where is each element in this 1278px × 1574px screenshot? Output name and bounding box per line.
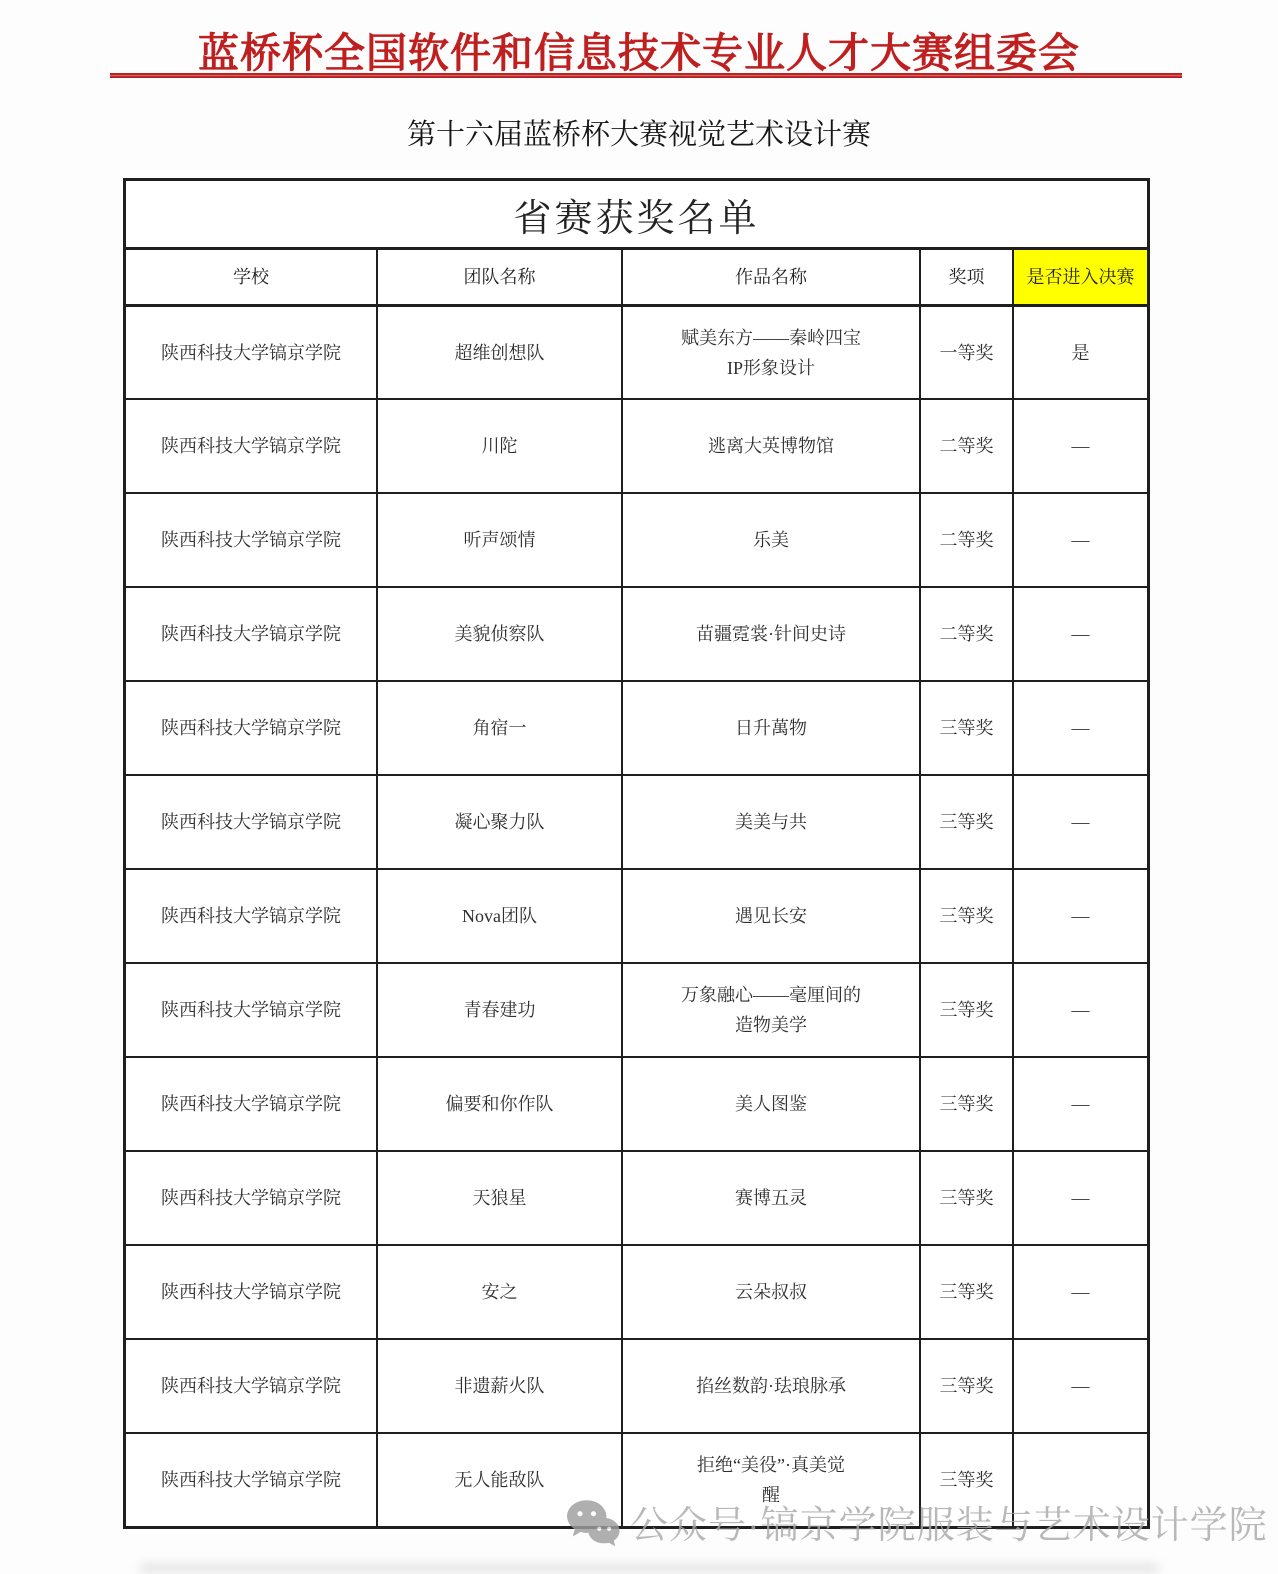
- cell-school: 陕西科技大学镐京学院: [126, 1246, 376, 1338]
- cell-work: 遇见长安: [621, 870, 919, 962]
- cell-work: 乐美: [621, 494, 919, 586]
- cell-school: 陕西科技大学镐京学院: [126, 494, 376, 586]
- cell-team: 超维创想队: [376, 307, 621, 398]
- cell-work: 日升萬物: [621, 682, 919, 774]
- cell-team: 听声颂情: [376, 494, 621, 586]
- cell-team: Nova团队: [376, 870, 621, 962]
- cell-finals: —: [1012, 588, 1147, 680]
- column-header-team: 团队名称: [376, 250, 621, 304]
- column-header-award: 奖项: [919, 250, 1012, 304]
- cell-award: 一等奖: [919, 307, 1012, 398]
- cell-award: 三等奖: [919, 1246, 1012, 1338]
- cell-finals: —: [1012, 682, 1147, 774]
- table-row: 陕西科技大学镐京学院 安之 云朵叔叔 三等奖 —: [126, 1244, 1147, 1338]
- cell-school: 陕西科技大学镐京学院: [126, 588, 376, 680]
- cell-work: 美美与共: [621, 776, 919, 868]
- cell-finals: —: [1012, 1246, 1147, 1338]
- cell-award: 三等奖: [919, 964, 1012, 1056]
- cell-team: 角宿一: [376, 682, 621, 774]
- cell-award: 三等奖: [919, 870, 1012, 962]
- table-title: 省赛获奖名单: [126, 181, 1147, 250]
- cell-finals: [1012, 1434, 1147, 1526]
- table-body: 陕西科技大学镐京学院 超维创想队 赋美东方——秦岭四宝 IP形象设计 一等奖 是…: [126, 304, 1147, 1526]
- cell-finals: —: [1012, 870, 1147, 962]
- page-bottom-shadow: [140, 1564, 1158, 1572]
- cell-award: 二等奖: [919, 400, 1012, 492]
- competition-subtitle: 第十六届蓝桥杯大赛视觉艺术设计赛: [0, 112, 1278, 153]
- cell-school: 陕西科技大学镐京学院: [126, 307, 376, 398]
- table-row: 陕西科技大学镐京学院 偏要和你作队 美人图鉴 三等奖 —: [126, 1056, 1147, 1150]
- cell-school: 陕西科技大学镐京学院: [126, 1058, 376, 1150]
- cell-work: 逃离大英博物馆: [621, 400, 919, 492]
- document-page: 蓝桥杯全国软件和信息技术专业人才大赛组委会 第十六届蓝桥杯大赛视觉艺术设计赛 省…: [0, 0, 1278, 1574]
- cell-work: 拒绝“美役”·真美觉 醒: [621, 1434, 919, 1526]
- cell-finals: —: [1012, 776, 1147, 868]
- cell-work: 赛博五灵: [621, 1152, 919, 1244]
- cell-work: 苗疆霓裳·针间史诗: [621, 588, 919, 680]
- cell-school: 陕西科技大学镐京学院: [126, 1152, 376, 1244]
- cell-work: 赋美东方——秦岭四宝 IP形象设计: [621, 307, 919, 398]
- cell-team: 偏要和你作队: [376, 1058, 621, 1150]
- cell-finals: —: [1012, 964, 1147, 1056]
- cell-work: 掐丝数韵·珐琅脉承: [621, 1340, 919, 1432]
- cell-team: 美貌侦察队: [376, 588, 621, 680]
- table-row: 陕西科技大学镐京学院 听声颂情 乐美 二等奖 —: [126, 492, 1147, 586]
- cell-school: 陕西科技大学镐京学院: [126, 776, 376, 868]
- award-table: 省赛获奖名单 学校 团队名称 作品名称 奖项 是否进入决赛 陕西科技大学镐京学院…: [123, 178, 1150, 1529]
- cell-team: 青春建功: [376, 964, 621, 1056]
- cell-award: 二等奖: [919, 494, 1012, 586]
- org-title: 蓝桥杯全国软件和信息技术专业人才大赛组委会: [0, 20, 1278, 79]
- table-row: 陕西科技大学镐京学院 Nova团队 遇见长安 三等奖 —: [126, 868, 1147, 962]
- cell-school: 陕西科技大学镐京学院: [126, 964, 376, 1056]
- table-row: 陕西科技大学镐京学院 超维创想队 赋美东方——秦岭四宝 IP形象设计 一等奖 是: [126, 304, 1147, 398]
- table-row: 陕西科技大学镐京学院 美貌侦察队 苗疆霓裳·针间史诗 二等奖 —: [126, 586, 1147, 680]
- cell-award: 三等奖: [919, 1340, 1012, 1432]
- cell-school: 陕西科技大学镐京学院: [126, 400, 376, 492]
- table-row: 陕西科技大学镐京学院 川陀 逃离大英博物馆 二等奖 —: [126, 398, 1147, 492]
- cell-work: 云朵叔叔: [621, 1246, 919, 1338]
- cell-school: 陕西科技大学镐京学院: [126, 682, 376, 774]
- cell-award: 三等奖: [919, 682, 1012, 774]
- table-row: 陕西科技大学镐京学院 非遗薪火队 掐丝数韵·珐琅脉承 三等奖 —: [126, 1338, 1147, 1432]
- cell-team: 无人能敌队: [376, 1434, 621, 1526]
- table-row: 陕西科技大学镐京学院 无人能敌队 拒绝“美役”·真美觉 醒 三等奖: [126, 1432, 1147, 1526]
- cell-award: 三等奖: [919, 1058, 1012, 1150]
- cell-finals: 是: [1012, 307, 1147, 398]
- cell-finals: —: [1012, 1340, 1147, 1432]
- title-underline: [110, 73, 1182, 78]
- cell-school: 陕西科技大学镐京学院: [126, 870, 376, 962]
- cell-team: 凝心聚力队: [376, 776, 621, 868]
- table-row: 陕西科技大学镐京学院 角宿一 日升萬物 三等奖 —: [126, 680, 1147, 774]
- cell-finals: —: [1012, 1152, 1147, 1244]
- cell-work: 美人图鉴: [621, 1058, 919, 1150]
- cell-award: 二等奖: [919, 588, 1012, 680]
- cell-team: 非遗薪火队: [376, 1340, 621, 1432]
- cell-school: 陕西科技大学镐京学院: [126, 1434, 376, 1526]
- table-header-row: 学校 团队名称 作品名称 奖项 是否进入决赛: [126, 250, 1147, 304]
- cell-school: 陕西科技大学镐京学院: [126, 1340, 376, 1432]
- column-header-finals: 是否进入决赛: [1012, 250, 1147, 304]
- cell-award: 三等奖: [919, 776, 1012, 868]
- cell-work: 万象融心——毫厘间的 造物美学: [621, 964, 919, 1056]
- table-row: 陕西科技大学镐京学院 天狼星 赛博五灵 三等奖 —: [126, 1150, 1147, 1244]
- cell-award: 三等奖: [919, 1434, 1012, 1526]
- cell-team: 天狼星: [376, 1152, 621, 1244]
- column-header-work: 作品名称: [621, 250, 919, 304]
- table-row: 陕西科技大学镐京学院 凝心聚力队 美美与共 三等奖 —: [126, 774, 1147, 868]
- cell-team: 安之: [376, 1246, 621, 1338]
- cell-finals: —: [1012, 494, 1147, 586]
- table-row: 陕西科技大学镐京学院 青春建功 万象融心——毫厘间的 造物美学 三等奖 —: [126, 962, 1147, 1056]
- cell-team: 川陀: [376, 400, 621, 492]
- cell-finals: —: [1012, 1058, 1147, 1150]
- column-header-school: 学校: [126, 250, 376, 304]
- cell-award: 三等奖: [919, 1152, 1012, 1244]
- cell-finals: —: [1012, 400, 1147, 492]
